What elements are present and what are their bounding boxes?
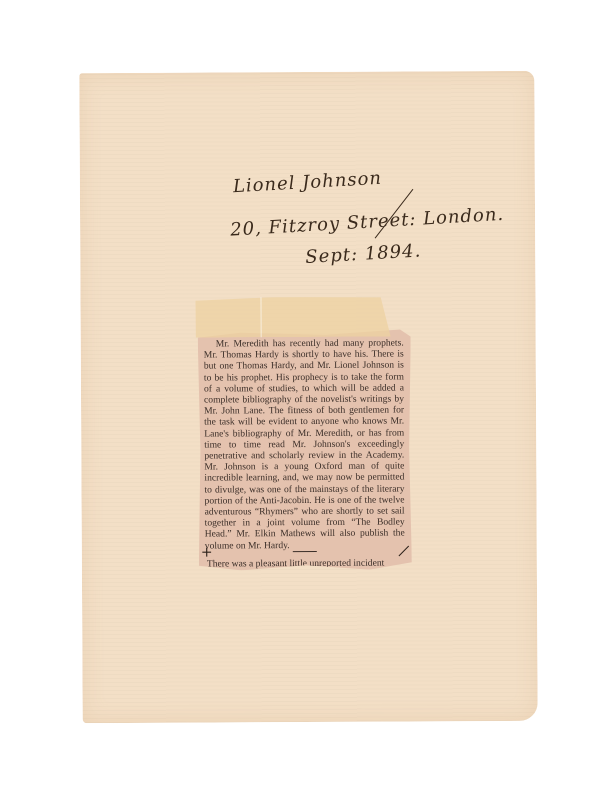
clipping-text: Mr. Meredith has recently had many proph… — [204, 338, 405, 552]
manuscript-page: Lionel Johnson 20, Fitzroy Street: Londo… — [79, 71, 537, 723]
clipping-next-paragraph: There was a pleasant little unreported i… — [207, 557, 407, 569]
tape-seam — [260, 297, 261, 337]
section-rule — [293, 551, 317, 552]
newspaper-clipping: Mr. Meredith has recently had many proph… — [198, 329, 412, 570]
handwritten-name: Lionel Johnson — [232, 168, 382, 198]
clipping-paragraph: Mr. Meredith has recently had many proph… — [204, 338, 405, 552]
handwritten-date: Sept: 1894. — [305, 240, 422, 268]
adhesive-tape — [195, 297, 390, 338]
handwritten-address: 20, Fitzroy Street: London. — [230, 204, 505, 241]
